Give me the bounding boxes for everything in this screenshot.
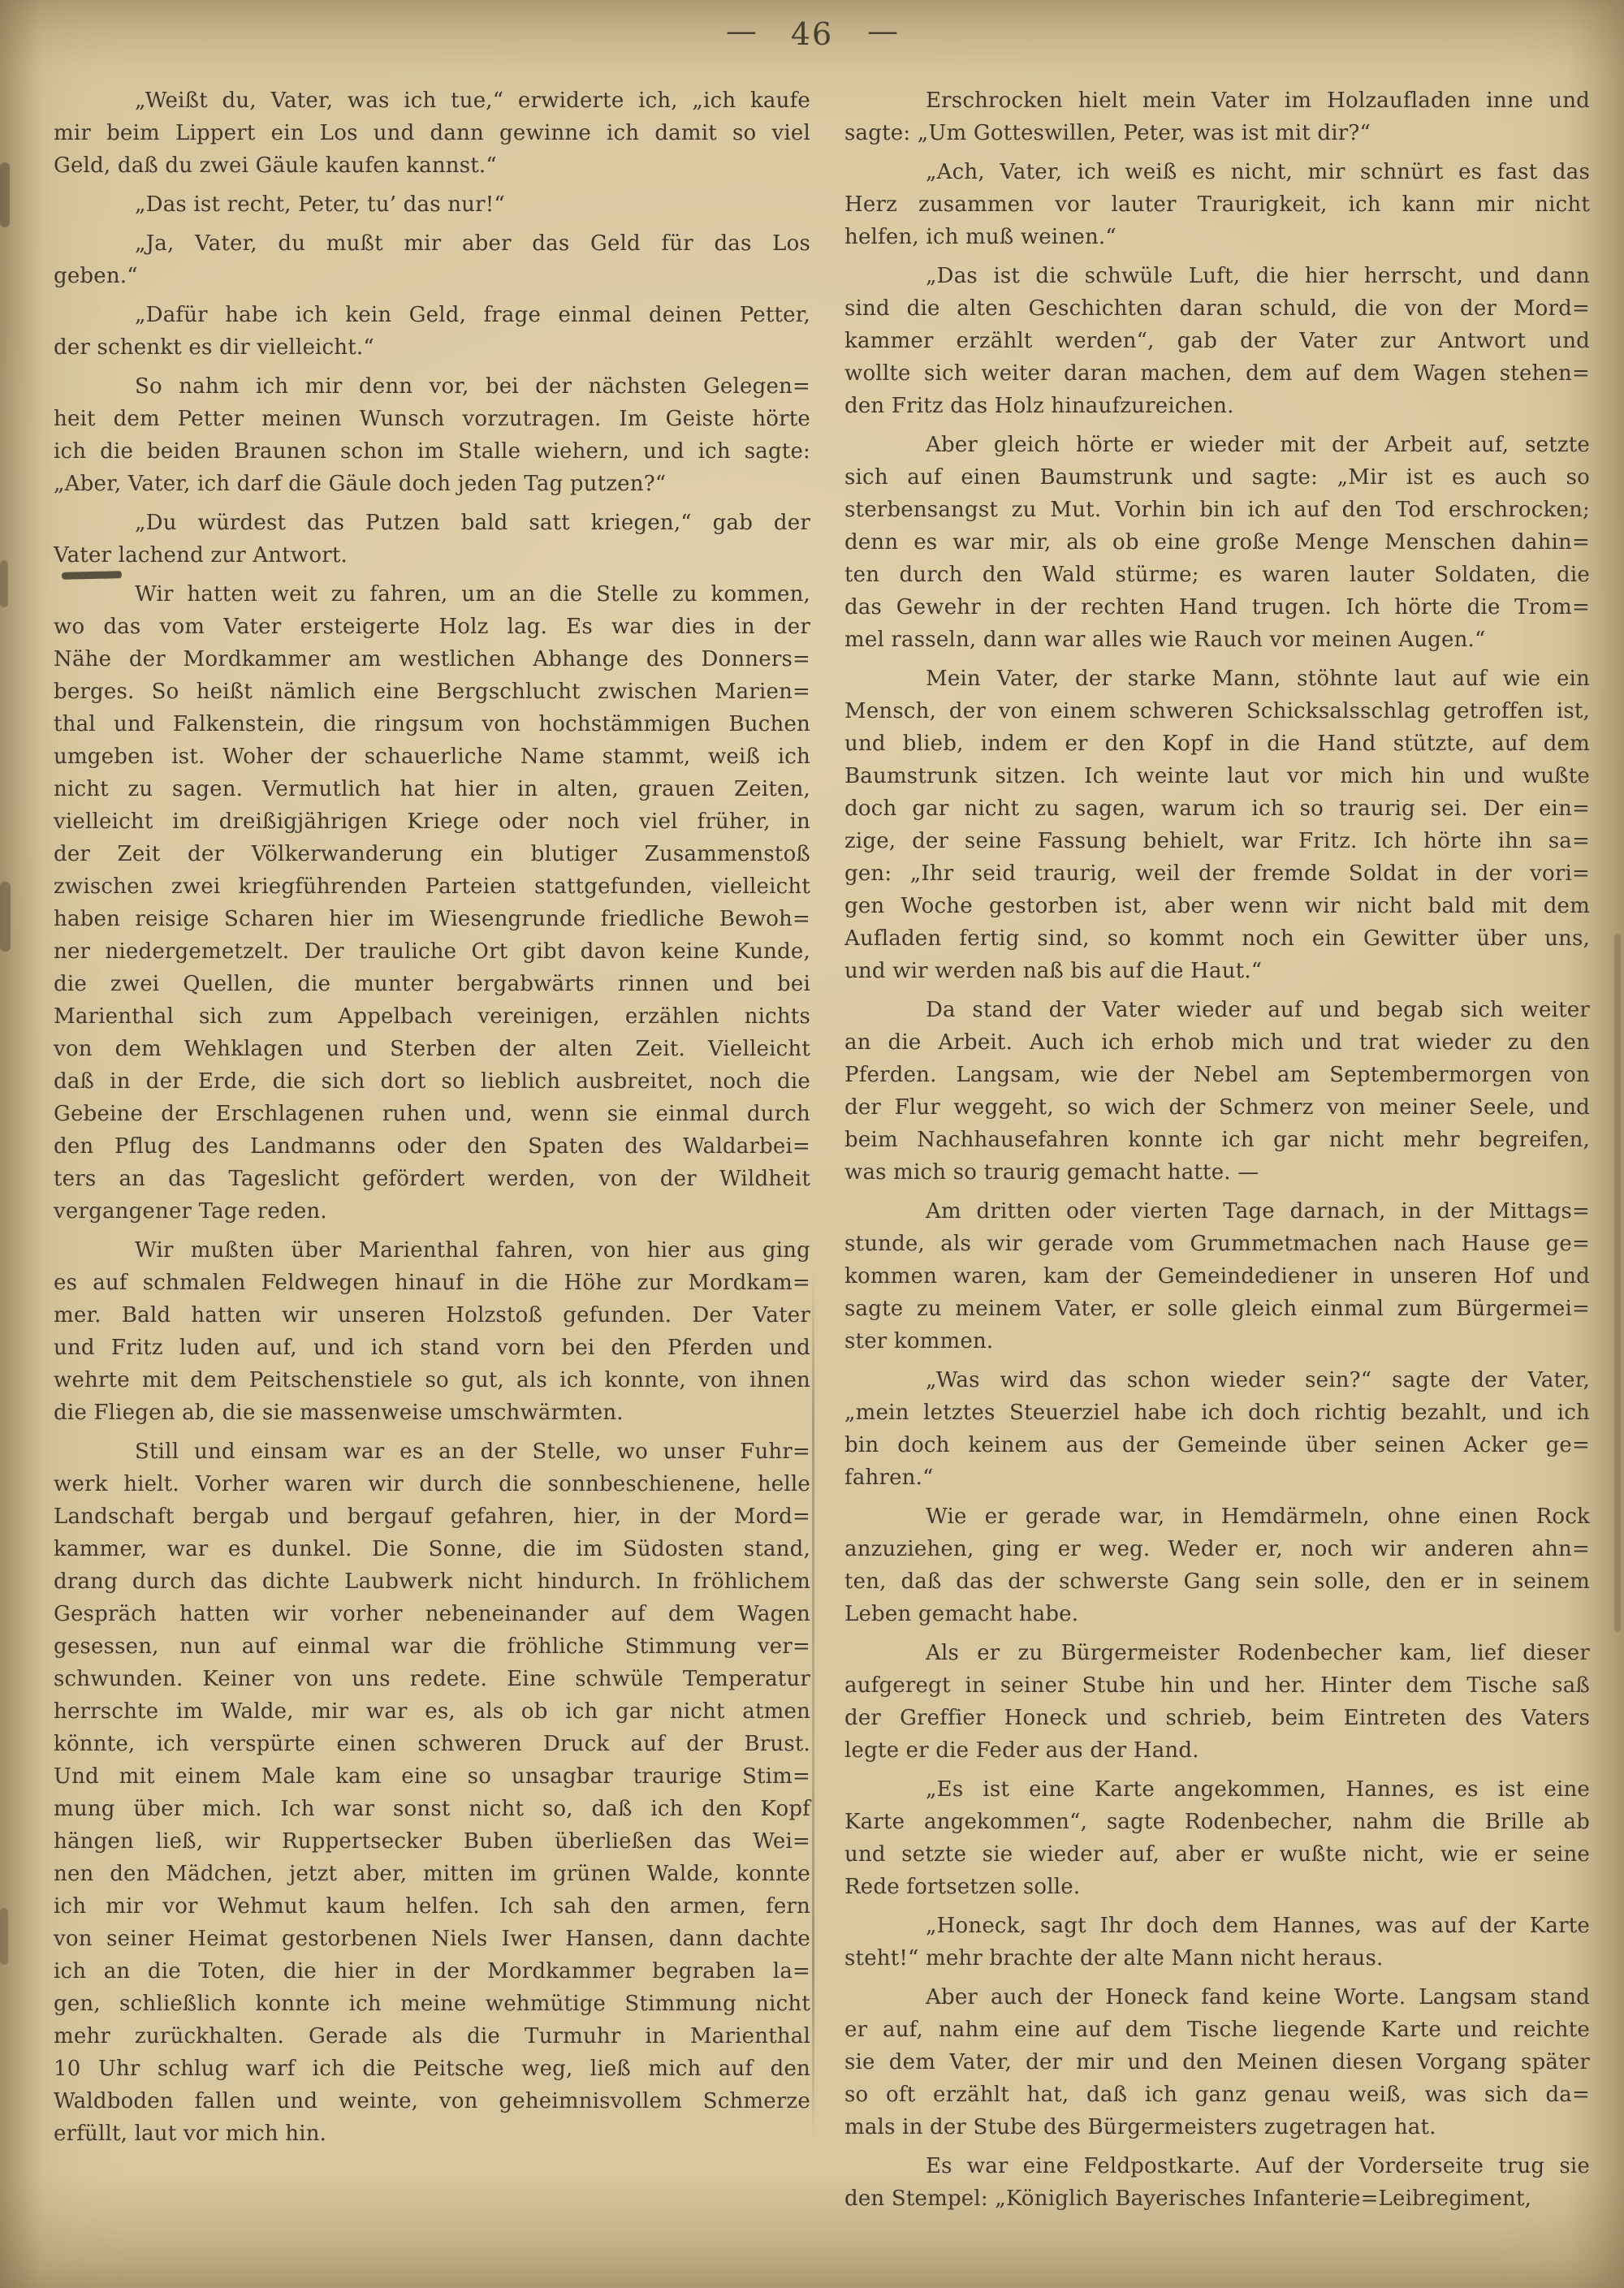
text-line: Wie er gerade war, in Hemdärmeln, ohne e… [844, 1500, 1590, 1533]
text-line: „Das ist die schwüle Luft, die hier herr… [844, 260, 1590, 292]
text-line: sich auf einen Baumstrunk und sagte: „Mi… [844, 461, 1590, 494]
text-line: und setzte sie wieder auf, aber er wußte… [844, 1838, 1590, 1871]
scan-artifact [0, 1908, 8, 1965]
text-line: „Es ist eine Karte angekommen, Hannes, e… [844, 1773, 1590, 1806]
text-line: kammer erzählt werden“, gab der Vater zu… [844, 325, 1590, 357]
paragraph: „Du würdest das Putzen bald satt kriegen… [54, 507, 810, 572]
text-line: Gespräch hatten wir vorher nebeneinander… [54, 1598, 810, 1630]
paragraph: Da stand der Vater wieder auf und begab … [844, 994, 1590, 1189]
text-line: kammer, war es dunkel. Die Sonne, die im… [54, 1533, 810, 1565]
text-line: nen den Mädchen, jetzt aber, mitten im g… [54, 1858, 810, 1890]
text-line: ster kommen. [844, 1325, 1590, 1358]
text-line: sie dem Vater, der mir und den Meinen di… [844, 2046, 1590, 2079]
text-line: vergangener Tage reden. [54, 1195, 810, 1228]
text-line: berges. So heißt nämlich eine Bergschluc… [54, 676, 810, 708]
text-line: „mein letztes Steuerziel habe ich doch r… [844, 1397, 1590, 1429]
text-line: was mich so traurig gemacht hatte. — [844, 1156, 1590, 1189]
text-line: Nähe der Mordkammer am westlichen Abhang… [54, 643, 810, 676]
text-line: sagte: „Um Gotteswillen, Peter, was ist … [844, 117, 1590, 149]
paragraph: „Was wird das schon wieder sein?“ sagte … [844, 1364, 1590, 1494]
text-line: Da stand der Vater wieder auf und begab … [844, 994, 1590, 1026]
paragraph: „Das ist die schwüle Luft, die hier herr… [844, 260, 1590, 422]
text-line: „Ach, Vater, ich weiß es nicht, mir schn… [844, 156, 1590, 188]
paragraph: Es war eine Feldpostkarte. Auf der Vorde… [844, 2150, 1590, 2215]
text-line: „Dafür habe ich kein Geld, frage einmal … [54, 299, 810, 331]
paragraph: Wir hatten weit zu fahren, um an die Ste… [54, 578, 810, 1228]
text-line: aufgeregt in seiner Stube hin und her. H… [844, 1669, 1590, 1702]
header-dash-right: — [867, 13, 898, 49]
paragraph: Aber auch der Honeck fand keine Worte. L… [844, 1981, 1590, 2143]
text-line: er auf, nahm eine auf dem Tische liegend… [844, 2014, 1590, 2046]
column-right: Erschrocken hielt mein Vater im Holzaufl… [844, 84, 1590, 2221]
text-line: Aber gleich hörte er wieder mit der Arbe… [844, 429, 1590, 461]
text-line: legte er die Feder aus der Hand. [844, 1734, 1590, 1767]
text-line: So nahm ich mir denn vor, bei der nächst… [54, 370, 810, 403]
text-line: Wir hatten weit zu fahren, um an die Ste… [54, 578, 810, 611]
paragraph: Mein Vater, der starke Mann, stöhnte lau… [844, 663, 1590, 987]
text-line: ten durch den Wald stürme; es waren laut… [844, 559, 1590, 591]
text-line: heit dem Petter meinen Wunsch vorzutrage… [54, 403, 810, 435]
page-number: 46 [791, 16, 833, 52]
text-line: an die Arbeit. Auch ich erhob mich und t… [844, 1026, 1590, 1059]
text-line: denn es war mir, als ob eine große Menge… [844, 526, 1590, 559]
text-line: wehrte mit dem Peitschenstiele so gut, a… [54, 1364, 810, 1397]
text-line: 10 Uhr schlug warf ich die Peitsche weg,… [54, 2053, 810, 2085]
text-line: mals in der Stube des Bürgermeisters zug… [844, 2111, 1590, 2143]
text-line: gen Woche gestorben ist, aber wenn wir n… [844, 890, 1590, 922]
text-line: das Gewehr in der rechten Hand trugen. I… [844, 591, 1590, 624]
text-line: könnte, ich verspürte einen schweren Dru… [54, 1728, 810, 1760]
text-line: Mensch, der von einem schweren Schicksal… [844, 695, 1590, 727]
text-line: den Fritz das Holz hinaufzureichen. [844, 390, 1590, 422]
text-line: Herz zusammen vor lauter Traurigkeit, ic… [844, 188, 1590, 221]
text-line: mer. Bald hatten wir unseren Holzstoß ge… [54, 1299, 810, 1332]
text-line: der Greffier Honeck und schrieb, beim Ei… [844, 1702, 1590, 1734]
text-line: ters an das Tageslicht gefördert werden,… [54, 1163, 810, 1195]
text-line: von dem Wehklagen und Sterben der alten … [54, 1033, 810, 1065]
text-line: ich mir vor Wehmut kaum helfen. Ich sah … [54, 1890, 810, 1923]
text-line: Baumstrunk sitzen. Ich weinte laut vor m… [844, 760, 1590, 792]
text-line: Geld, daß du zwei Gäule kaufen kannst.“ [54, 149, 810, 182]
paragraph: Wie er gerade war, in Hemdärmeln, ohne e… [844, 1500, 1590, 1630]
paragraph: So nahm ich mir denn vor, bei der nächst… [54, 370, 810, 500]
text-line: ich die beiden Braunen schon im Stalle w… [54, 435, 810, 468]
text-line: die Fliegen ab, die sie massenweise umsc… [54, 1397, 810, 1429]
text-line: Vater lachend zur Antwort. [54, 539, 810, 572]
text-line: sterbensangst zu Mut. Vorhin bin ich auf… [844, 494, 1590, 526]
text-line: Gebeine der Erschlagenen ruhen und, wenn… [54, 1098, 810, 1130]
text-line: Am dritten oder vierten Tage darnach, in… [844, 1195, 1590, 1228]
text-line: gesessen, nun auf einmal war die fröhlic… [54, 1630, 810, 1663]
text-line: Waldboden fallen und weinte, von geheimn… [54, 2085, 810, 2117]
text-line: sind die alten Geschichten daran schuld,… [844, 292, 1590, 325]
text-line: herrschte im Walde, mir war es, als ob i… [54, 1695, 810, 1728]
text-line: ner niedergemetzelt. Der trauliche Ort g… [54, 935, 810, 968]
paragraph: Als er zu Bürgermeister Rodenbecher kam,… [844, 1637, 1590, 1767]
paragraph: „Weißt du, Vater, was ich tue,“ erwidert… [54, 84, 810, 182]
text-line: den Pflug des Landmanns oder den Spaten … [54, 1130, 810, 1163]
text-line: kommen waren, kam der Gemeindediener in … [844, 1260, 1590, 1293]
text-line: „Weißt du, Vater, was ich tue,“ erwidert… [54, 84, 810, 117]
text-line: Und mit einem Male kam eine so unsagbar … [54, 1760, 810, 1793]
scan-artifact [0, 882, 11, 952]
text-line: erfüllt, laut vor mich hin. [54, 2117, 810, 2150]
text-line: zwischen zwei kriegführenden Parteien st… [54, 870, 810, 903]
text-line: gen, schließlich konnte ich meine wehmüt… [54, 1988, 810, 2020]
text-line: Wir mußten über Marienthal fahren, von h… [54, 1234, 810, 1267]
text-line: hängen ließ, wir Ruppertsecker Buben übe… [54, 1825, 810, 1858]
text-line: mel rasseln, dann war alles wie Rauch vo… [844, 624, 1590, 656]
book-page: { "page": { "number": "46", "dash": "—" … [0, 0, 1624, 2288]
paragraph: „Ja, Vater, du mußt mir aber das Geld fü… [54, 227, 810, 292]
text-line: Rede fortsetzen solle. [844, 1871, 1590, 1903]
paragraph: „Es ist eine Karte angekommen, Hannes, e… [844, 1773, 1590, 1903]
text-line: wo das vom Vater ersteigerte Holz lag. E… [54, 611, 810, 643]
text-line: zige, der seine Fassung behielt, war Fri… [844, 825, 1590, 857]
text-line: „Was wird das schon wieder sein?“ sagte … [844, 1364, 1590, 1397]
text-line: anzuziehen, ging er weg. Weder er, noch … [844, 1533, 1590, 1565]
text-line: den Stempel: „Königlich Bayerisches Infa… [844, 2182, 1590, 2215]
page-header: —46— [0, 16, 1624, 52]
text-line: Landschaft bergab und bergauf gefahren, … [54, 1500, 810, 1533]
paragraph: „Das ist recht, Peter, tu’ das nur!“ [54, 188, 810, 221]
scan-artifact [0, 560, 8, 607]
text-line: schwunden. Keiner von uns redete. Eine s… [54, 1663, 810, 1695]
text-line: mir beim Lippert ein Los und dann gewinn… [54, 117, 810, 149]
text-line: und wir werden naß bis auf die Haut.“ [844, 955, 1590, 987]
text-line: Pferden. Langsam, wie der Nebel am Septe… [844, 1059, 1590, 1091]
scan-artifact [0, 162, 10, 227]
column-divider-rule [812, 1267, 814, 2143]
text-line: mung über mich. Ich war sonst nicht so, … [54, 1793, 810, 1825]
text-line: und Fritz luden auf, und ich stand vorn … [54, 1332, 810, 1364]
text-line: werk hielt. Vorher waren wir durch die s… [54, 1468, 810, 1500]
paragraph: „Dafür habe ich kein Geld, frage einmal … [54, 299, 810, 364]
text-line: Aber auch der Honeck fand keine Worte. L… [844, 1981, 1590, 2014]
text-line: der schenkt es dir vielleicht.“ [54, 331, 810, 364]
text-line: „Honeck, sagt Ihr doch dem Hannes, was a… [844, 1910, 1590, 1942]
text-line: Erschrocken hielt mein Vater im Holzaufl… [844, 84, 1590, 117]
text-line: Es war eine Feldpostkarte. Auf der Vorde… [844, 2150, 1590, 2182]
text-line: „Ja, Vater, du mußt mir aber das Geld fü… [54, 227, 810, 260]
text-line: nicht zu sagen. Vermutlich hat hier in a… [54, 773, 810, 805]
text-line: der Zeit der Völkerwanderung ein blutige… [54, 838, 810, 870]
text-line: bin doch keinem aus der Gemeinde über se… [844, 1429, 1590, 1461]
text-line: sagte zu meinem Vater, er solle gleich e… [844, 1293, 1590, 1325]
text-line: „Das ist recht, Peter, tu’ das nur!“ [54, 188, 810, 221]
text-line: und blieb, indem er den Kopf in die Hand… [844, 727, 1590, 760]
scan-artifact [1614, 934, 1621, 1632]
text-line: der Flur weggeht, so wich der Schmerz vo… [844, 1091, 1590, 1124]
text-line: Marienthal sich zum Appelbach vereinigen… [54, 1000, 810, 1033]
text-line: es auf schmalen Feldwegen hinauf in die … [54, 1267, 810, 1299]
text-line: stunde, als wir gerade vom Grummetmachen… [844, 1228, 1590, 1260]
text-line: vielleicht im dreißigjährigen Kriege ode… [54, 805, 810, 838]
paragraph: Aber gleich hörte er wieder mit der Arbe… [844, 429, 1590, 656]
paragraph: „Ach, Vater, ich weiß es nicht, mir schn… [844, 156, 1590, 253]
text-line: doch gar nicht zu sagen, warum ich so tr… [844, 792, 1590, 825]
text-line: fahren.“ [844, 1461, 1590, 1494]
text-line: geben.“ [54, 260, 810, 292]
text-line: drang durch das dichte Laubwerk nicht hi… [54, 1565, 810, 1598]
text-line: wollte sich weiter daran machen, dem auf… [844, 357, 1590, 390]
text-line: beim Nachhausefahren konnte ich gar nich… [844, 1124, 1590, 1156]
text-line: Aufladen fertig sind, so kommt noch ein … [844, 922, 1590, 955]
text-line: Mein Vater, der starke Mann, stöhnte lau… [844, 663, 1590, 695]
ink-smudge [62, 571, 122, 580]
text-line: thal und Falkenstein, die ringsum von ho… [54, 708, 810, 740]
text-line: mehr zurückhalten. Gerade als die Turmuh… [54, 2020, 810, 2053]
text-line: gen: „Ihr seid traurig, weil der fremde … [844, 857, 1590, 890]
text-line: daß in der Erde, die sich dort so liebli… [54, 1065, 810, 1098]
paragraph: Erschrocken hielt mein Vater im Holzaufl… [844, 84, 1590, 149]
paragraph: Wir mußten über Marienthal fahren, von h… [54, 1234, 810, 1429]
column-left: „Weißt du, Vater, was ich tue,“ erwidert… [54, 84, 810, 2156]
text-line: von seiner Heimat gestorbenen Niels Iwer… [54, 1923, 810, 1955]
text-line: so oft erzählt hat, daß ich ganz genau w… [844, 2079, 1590, 2111]
text-line: „Du würdest das Putzen bald satt kriegen… [54, 507, 810, 539]
text-line: Als er zu Bürgermeister Rodenbecher kam,… [844, 1637, 1590, 1669]
paragraph: Am dritten oder vierten Tage darnach, in… [844, 1195, 1590, 1358]
text-line: „Aber, Vater, ich darf die Gäule doch je… [54, 468, 810, 500]
text-line: Karte angekommen“, sagte Rodenbecher, na… [844, 1806, 1590, 1838]
paragraph: „Honeck, sagt Ihr doch dem Hannes, was a… [844, 1910, 1590, 1975]
text-line: umgeben ist. Woher der schauerliche Name… [54, 740, 810, 773]
paragraph: Still und einsam war es an der Stelle, w… [54, 1435, 810, 2150]
text-line: die zwei Quellen, die munter bergabwärts… [54, 968, 810, 1000]
text-line: ich an die Toten, die hier in der Mordka… [54, 1955, 810, 1988]
text-line: helfen, ich muß weinen.“ [844, 221, 1590, 253]
text-line: Still und einsam war es an der Stelle, w… [54, 1435, 810, 1468]
header-dash-left: — [726, 13, 757, 49]
text-line: ten, daß das der schwerste Gang sein sol… [844, 1565, 1590, 1598]
text-line: haben reisige Scharen hier im Wiesengrun… [54, 903, 810, 935]
text-line: steht!“ mehr brachte der alte Mann nicht… [844, 1942, 1590, 1975]
text-line: Leben gemacht habe. [844, 1598, 1590, 1630]
